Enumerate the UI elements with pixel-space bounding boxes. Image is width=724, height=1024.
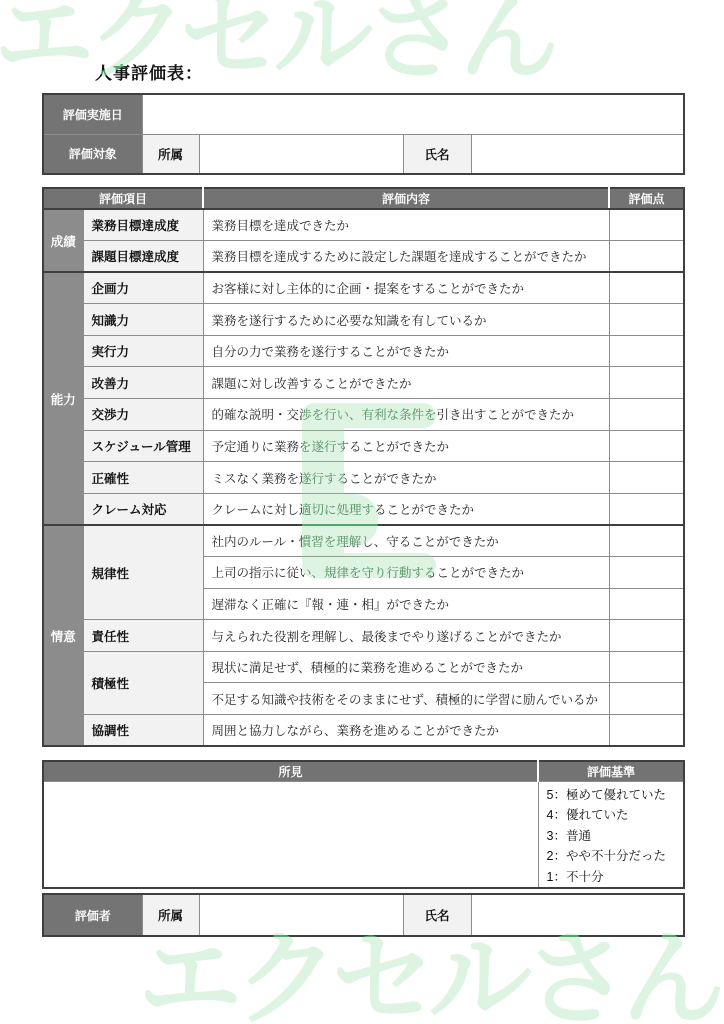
evaluation-date-label: 評価実施日 [43,94,142,134]
item-label: 規律性 [83,525,203,620]
item-content: 予定通りに業務を遂行することができたか [203,430,609,462]
score-cell[interactable] [609,493,684,525]
item-label: 協調性 [83,715,203,747]
column-header-item: 評価項目 [43,188,203,209]
item-label: 業務目標達成度 [83,209,203,241]
evaluator-department-label: 所属 [142,894,199,936]
item-label: 正確性 [83,462,203,494]
evaluator-name-input[interactable] [471,894,684,936]
item-label: クレーム対応 [83,493,203,525]
item-content: ミスなく業務を遂行することができたか [203,462,609,494]
section-label-performance: 成績 [43,209,83,272]
criteria-header: 評価基準 [538,761,684,781]
item-content: 社内のルール・慣習を理解し、守ることができたか [203,525,609,557]
item-content: 上司の指示に従い、規律を守り行動することができたか [203,557,609,589]
criteria-item: 4：優れていた [547,805,680,826]
item-label: 課題目標達成度 [83,241,203,273]
target-department-input[interactable] [199,134,403,174]
score-cell[interactable] [609,588,684,620]
item-content: 業務目標を達成できたか [203,209,609,241]
page-title: 人事評価表： [95,59,203,84]
column-header-content: 評価内容 [203,188,609,209]
item-label: 積極性 [83,651,203,714]
item-label: 交渉力 [83,399,203,431]
item-content: お客様に対し主体的に企画・提案をすることができたか [203,272,609,304]
item-content: 現状に満足せず、積極的に業務を進めることができたか [203,651,609,683]
score-cell[interactable] [609,399,684,431]
score-cell[interactable] [609,525,684,557]
score-cell[interactable] [609,272,684,304]
score-cell[interactable] [609,367,684,399]
item-content: 不足する知識や技術をそのままにせず、積極的に学習に励んでいるか [203,683,609,715]
score-cell[interactable] [609,430,684,462]
hr-evaluation-sheet: 人事評価表： 評価実施日 評価対象 所属 氏名 評価項目 評価内容 評価点 成績 [0,0,724,1024]
target-name-label: 氏名 [403,134,471,174]
criteria-list: 5：極めて優れていた 4：優れていた 3：普通 2：やや不十分だった 1：不十分 [538,781,684,888]
section-label-attitude: 情意 [43,525,83,746]
item-content: 課題に対し改善することができたか [203,367,609,399]
criteria-item: 1：不十分 [547,867,680,888]
evaluation-items-table: 評価項目 評価内容 評価点 成績 業務目標達成度 業務目標を達成できたか 課題目… [42,187,685,747]
score-cell[interactable] [609,683,684,715]
evaluator-name-label: 氏名 [403,894,471,936]
item-content: 周囲と協力しながら、業務を進めることができたか [203,715,609,747]
watermark-text-top: エクセルさん [0,0,552,86]
remarks-header: 所見 [43,761,538,781]
criteria-item: 2：やや不十分だった [547,846,680,867]
item-label: 改善力 [83,367,203,399]
score-cell[interactable] [609,304,684,336]
item-content: 遅滞なく正確に『報・連・相』ができたか [203,588,609,620]
item-label: 責任性 [83,620,203,652]
criteria-item: 5：極めて優れていた [547,785,680,806]
evaluator-department-input[interactable] [199,894,403,936]
item-content: 的確な説明・交渉を行い、有利な条件を引き出すことができたか [203,399,609,431]
criteria-item: 3：普通 [547,826,680,847]
target-name-input[interactable] [471,134,684,174]
item-label: 企画力 [83,272,203,304]
watermark-text-top: エクセルさん [0,0,552,86]
score-cell[interactable] [609,335,684,367]
score-cell[interactable] [609,651,684,683]
evaluation-date-input[interactable] [142,94,684,134]
score-cell[interactable] [609,241,684,273]
evaluation-info-table: 評価実施日 評価対象 所属 氏名 [42,93,685,175]
section-label-ability: 能力 [43,272,83,525]
remarks-table: 所見 評価基準 5：極めて優れていた 4：優れていた 3：普通 2：やや不十分だ… [42,760,685,889]
item-content: 業務目標を達成するために設定した課題を達成することができたか [203,241,609,273]
item-content: 自分の力で業務を遂行することができたか [203,335,609,367]
evaluator-label: 評価者 [43,894,142,936]
score-cell[interactable] [609,715,684,747]
item-label: 知識力 [83,304,203,336]
score-cell[interactable] [609,209,684,241]
item-content: 与えられた役割を理解し、最後までやり遂げることができたか [203,620,609,652]
watermark-text-bottom: エクセルさん [138,928,718,1024]
score-cell[interactable] [609,620,684,652]
watermark-text-bottom: エクセルさん [138,928,718,1024]
column-header-score: 評価点 [609,188,684,209]
item-content: クレームに対し適切に処理することができたか [203,493,609,525]
score-cell[interactable] [609,462,684,494]
item-content: 業務を遂行するために必要な知識を有しているか [203,304,609,336]
evaluation-target-label: 評価対象 [43,134,142,174]
remarks-input[interactable] [43,781,538,888]
item-label: スケジュール管理 [83,430,203,462]
item-label: 実行力 [83,335,203,367]
target-department-label: 所属 [142,134,199,174]
score-cell[interactable] [609,557,684,589]
evaluator-table: 評価者 所属 氏名 [42,893,685,937]
